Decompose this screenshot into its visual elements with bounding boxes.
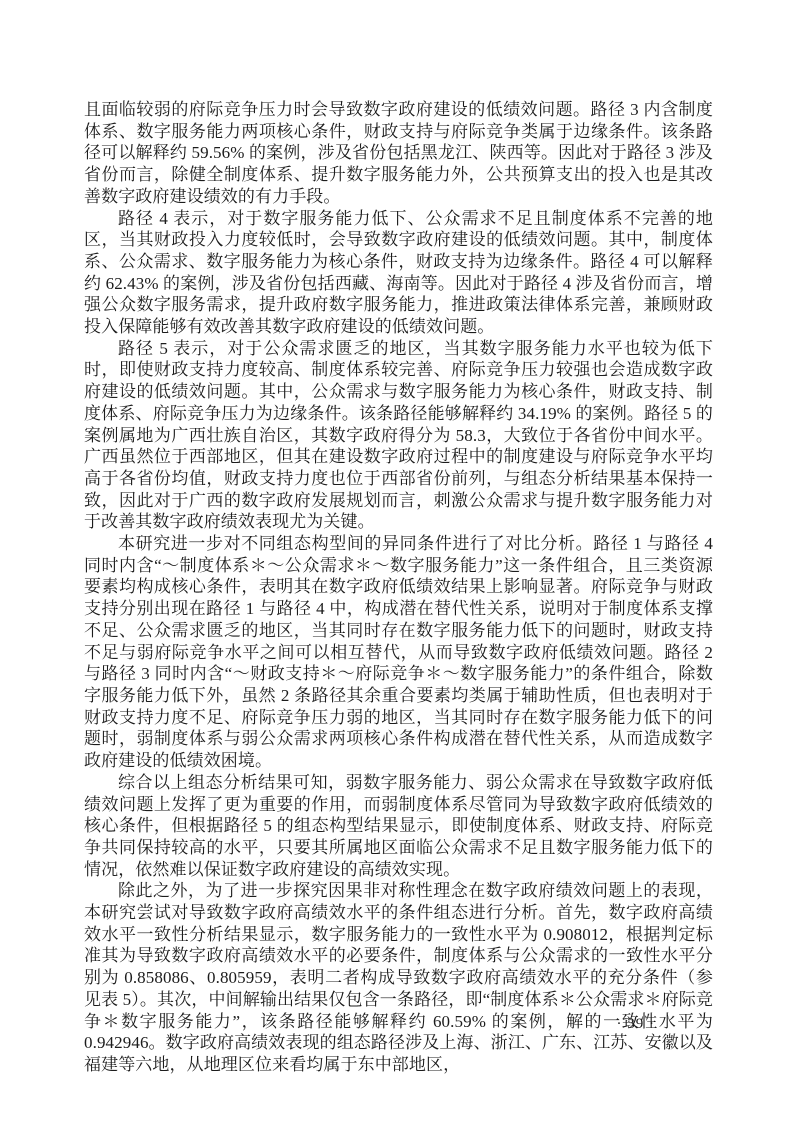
page-number: · 39 · xyxy=(617,1016,656,1033)
paragraph-high-performance: 除此之外，为了进一步探究因果非对称性理念在数字政府绩效问题上的表现，本研究尝试对… xyxy=(84,880,713,1075)
paragraph-continuation: 且面临较弱的府际竞争压力时会导致数字政府建设的低绩效问题。路径 3 内含制度体系… xyxy=(84,99,713,208)
paragraph-summary: 综合以上组态分析结果可知，弱数字服务能力、弱公众需求在导致数字政府低绩效问题上发… xyxy=(84,772,713,881)
paragraph-path5: 路径 5 表示，对于公众需求匮乏的地区，当其数字服务能力水平也较为低下时，即使财… xyxy=(84,338,713,533)
paragraph-comparison: 本研究进一步对不同组态构型间的异同条件进行了对比分析。路径 1 与路径 4 同时… xyxy=(84,533,713,772)
article-body: 且面临较弱的府际竞争压力时会导致数字政府建设的低绩效问题。路径 3 内含制度体系… xyxy=(84,99,713,1076)
paper-page: 且面临较弱的府际竞争压力时会导致数字政府建设的低绩效问题。路径 3 内含制度体系… xyxy=(0,0,793,1122)
paragraph-path4: 路径 4 表示，对于数字服务能力低下、公众需求不足且制度体系不完善的地区，当其财… xyxy=(84,208,713,338)
